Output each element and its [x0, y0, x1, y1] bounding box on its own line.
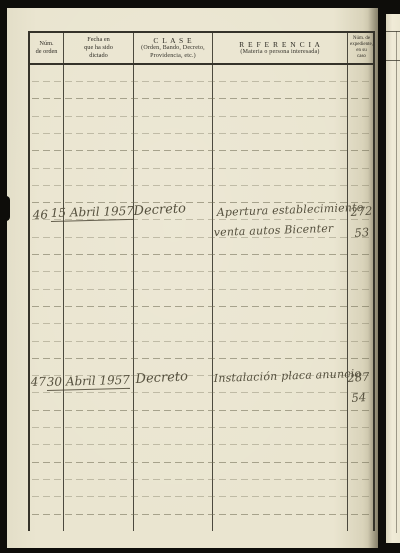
header-col-num-orden: Núm. de orden: [30, 33, 63, 63]
entry-expediente: 287: [347, 370, 370, 385]
header-text: de orden: [36, 48, 58, 56]
entry-expediente: 272: [350, 204, 373, 219]
header-text: R E F E R E N C I A: [239, 40, 321, 49]
header-col-clase: C L A S E (Orden, Bando, Decreto, Provid…: [134, 33, 212, 63]
scan-edge-artifact: [0, 196, 10, 221]
header-text: (Materia o persona interesada): [240, 49, 319, 57]
header-text: Núm.: [39, 40, 53, 48]
header-text: que ha sido: [84, 44, 113, 52]
table-header-divider: [30, 63, 373, 65]
next-page-table-line: [396, 31, 397, 533]
scanned-register-page: Núm. de orden Fecha en que ha sido dicta…: [0, 0, 400, 553]
table-column-divider: [133, 33, 134, 531]
entry-fecha: 15 Abril 1957: [51, 204, 135, 222]
register-table: Núm. de orden Fecha en que ha sido dicta…: [28, 31, 375, 531]
next-page-table-line: [386, 60, 400, 61]
header-text: Fecha en: [87, 36, 110, 44]
header-text: (Orden, Bando, Decreto,: [141, 45, 205, 53]
table-column-divider: [347, 33, 348, 531]
table-column-divider: [63, 33, 64, 531]
header-text: caso: [357, 54, 366, 60]
header-col-fecha: Fecha en que ha sido dictado: [64, 33, 133, 63]
next-page-edge: [386, 14, 400, 543]
header-text: dictado: [89, 52, 108, 60]
entry-expediente-2: 54: [351, 390, 367, 405]
table-column-divider: [212, 33, 213, 531]
entry-fecha: 30 Abril 1957: [47, 373, 131, 391]
header-text: C L A S E: [153, 36, 192, 45]
entry-num-orden: 46: [33, 207, 49, 222]
entry-clase: Decreto: [135, 369, 188, 387]
next-page-table-line: [386, 31, 400, 32]
header-col-expediente: Núm. de expediente, en su caso: [348, 33, 375, 63]
entry-num-orden: 47: [31, 374, 47, 389]
entry-expediente-2: 53: [354, 225, 370, 240]
entry-clase: Decreto: [133, 201, 186, 219]
header-text: Providencia, etc.): [150, 53, 196, 61]
header-col-referencia: R E F E R E N C I A (Materia o persona i…: [213, 33, 347, 63]
